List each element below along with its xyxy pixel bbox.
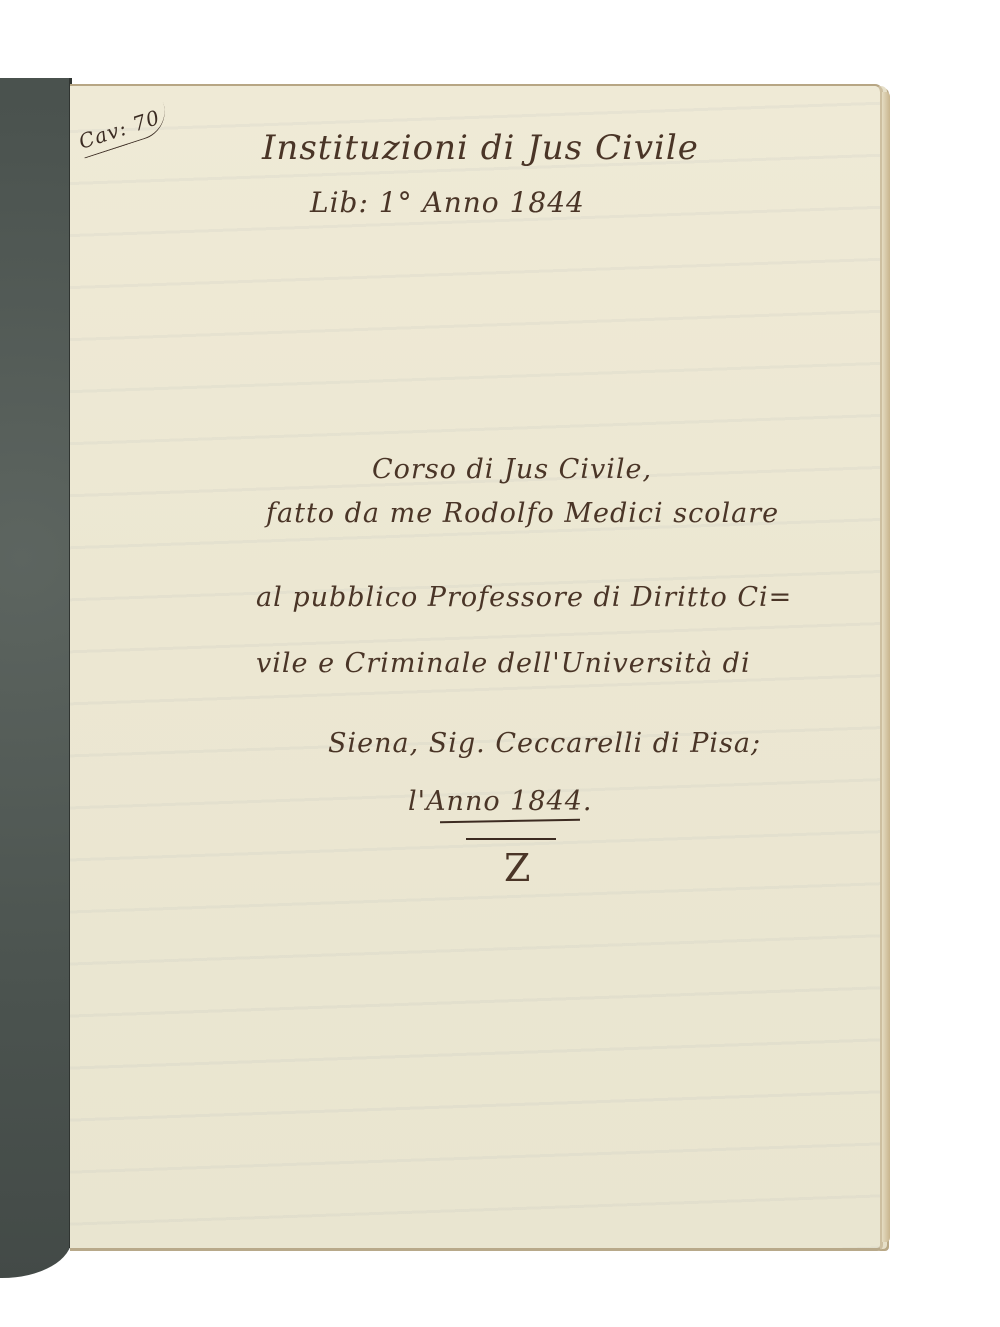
page-fore-edge bbox=[882, 92, 890, 1242]
body-line: l'Anno 1844. bbox=[408, 786, 592, 817]
manuscript-title: Instituzioni di Jus Civile bbox=[262, 128, 699, 168]
body-line: Siena, Sig. Ceccarelli di Pisa; bbox=[328, 728, 761, 759]
body-line: al pubblico Professore di Diritto Ci= bbox=[256, 582, 792, 613]
flourish-mark: Z bbox=[504, 846, 531, 890]
shelfmark-annotation: Cav: 70 bbox=[76, 102, 173, 158]
body-line: Corso di Jus Civile, bbox=[372, 454, 652, 485]
body-line: vile e Criminale dell'Università di bbox=[256, 648, 751, 679]
book-cover-board bbox=[0, 78, 72, 1278]
manuscript-subtitle: Lib: 1° Anno 1844 bbox=[310, 186, 585, 219]
body-line: fatto da me Rodolfo Medici scolare bbox=[266, 498, 779, 529]
divider-rule bbox=[440, 819, 580, 823]
manuscript-page: Cav: 70 Instituzioni di Jus Civile Lib: … bbox=[70, 84, 883, 1251]
divider-rule bbox=[466, 838, 556, 840]
